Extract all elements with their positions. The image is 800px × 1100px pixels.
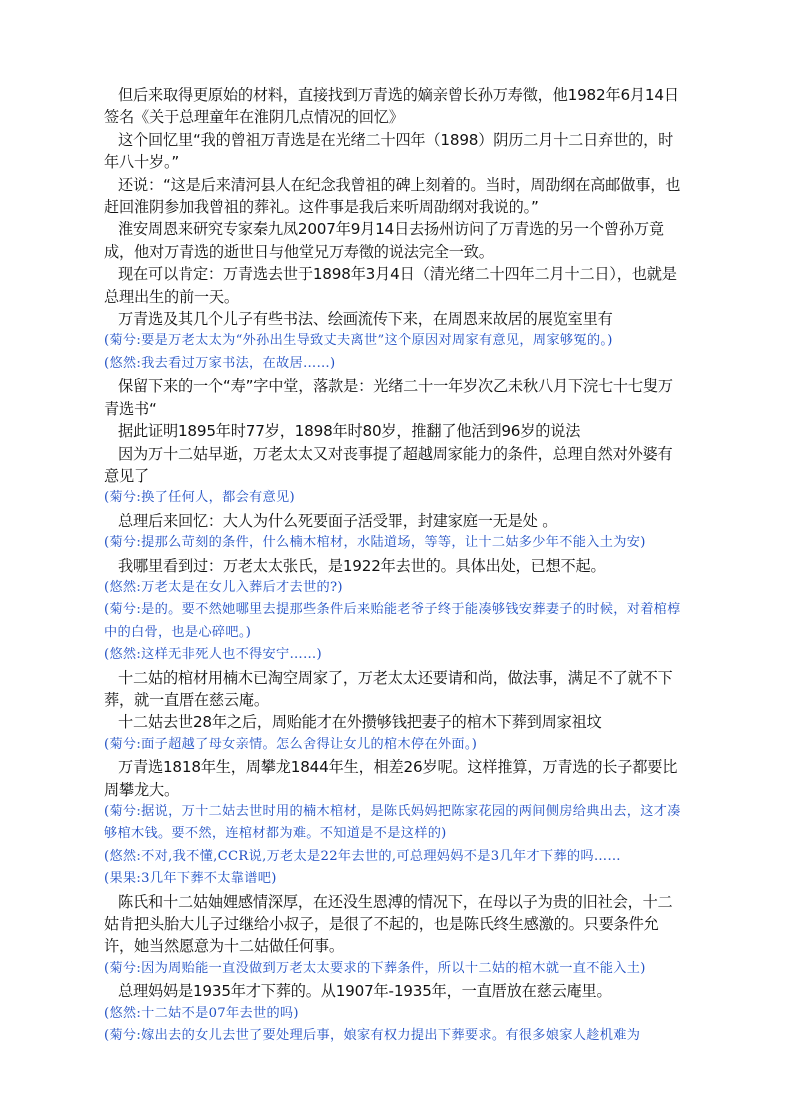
paragraph: 万青选1818年生，周攀龙1844年生，相差26岁呢。这样推算，万青选的长子都要…	[104, 756, 682, 801]
document-page: 但后来取得更原始的材料，直接找到万青选的嫡亲曾长孙万寿徵，他1982年6月14日…	[104, 84, 682, 1047]
paragraph: 这个回忆里“我的曾祖万青选是在光绪二十四年（1898）阴历二月十二日弃世的，时年…	[104, 129, 682, 174]
paragraph: 还说：“这是后来清河县人在纪念我曾祖的碑上刻着的。当时，周劭纲在高邮做事，也赶回…	[104, 174, 682, 219]
reader-comment: (菊兮:提那么苛刻的条件，什么楠木棺材，水陆道场，等等，让十二姑多少年不能入土为…	[104, 532, 682, 554]
paragraph: 因为万十二姑早逝，万老太太又对丧事提了超越周家能力的条件，总理自然对外婆有意见了	[104, 443, 682, 488]
paragraph: 十二姑去世28年之后，周贻能才在外攒够钱把妻子的棺木下葬到周家祖坟	[104, 711, 682, 733]
reader-comment: (菊兮:面子超越了母女亲情。怎么舍得让女儿的棺木停在外面。)	[104, 734, 682, 756]
reader-comment: (悠然:我去看过万家书法，在故居……)	[104, 353, 682, 375]
reader-comment: (悠然:不对,我不懂,CCR说,万老太是22年去世的,可总理妈妈不是3几年才下葬…	[104, 846, 682, 868]
reader-comment: (菊兮:是的。要不然她哪里去提那些条件后来贻能老爷子终于能凑够钱安葬妻子的时候，…	[104, 599, 682, 644]
reader-comment: (菊兮:换了任何人，都会有意见)	[104, 487, 682, 509]
reader-comment: (悠然:十二姑不是07年去世的吗)	[104, 1003, 682, 1025]
reader-comment: (菊兮:要是万老太太为“外孙出生导致丈夫离世”这个原因对周家有意见，周家够冤的。…	[104, 330, 682, 352]
reader-comment: (果果:3几年下葬不太靠谱吧)	[104, 868, 682, 890]
reader-comment: (悠然:这样无非死人也不得安宁……)	[104, 644, 682, 666]
reader-comment: (悠然:万老太是在女儿入葬后才去世的?)	[104, 577, 682, 599]
reader-comment: (菊兮:嫁出去的女儿去世了要处理后事，娘家有权力提出下葬要求。有很多娘家人趁机难…	[104, 1025, 682, 1047]
paragraph: 总理后来回忆：大人为什么死要面子活受罪，封建家庭一无是处 。	[104, 510, 682, 532]
paragraph: 保留下来的一个“寿”字中堂，落款是：光绪二十一年岁次乙未秋八月下浣七十七叟万青选…	[104, 375, 682, 420]
paragraph: 十二姑的棺材用楠木已淘空周家了，万老太太还要请和尚，做法事，满足不了就不下葬，就…	[104, 667, 682, 712]
paragraph: 现在可以肯定：万青选去世于1898年3月4日（清光绪二十四年二月十二日），也就是…	[104, 263, 682, 308]
paragraph: 据此证明1895年时77岁，1898年时80岁，推翻了他活到96岁的说法	[104, 420, 682, 442]
paragraph: 但后来取得更原始的材料，直接找到万青选的嫡亲曾长孙万寿徵，他1982年6月14日…	[104, 84, 682, 129]
paragraph: 陈氏和十二姑妯娌感情深厚，在还没生恩溥的情况下，在母以子为贵的旧社会，十二姑肯把…	[104, 891, 682, 958]
paragraph: 淮安周恩来研究专家秦九凤2007年9月14日去扬州访问了万青选的另一个曾孙万竟成…	[104, 218, 682, 263]
paragraph: 总理妈妈是1935年才下葬的。从1907年-1935年，一直厝放在慈云庵里。	[104, 980, 682, 1002]
paragraph: 我哪里看到过：万老太太张氏，是1922年去世的。具体出处，已想不起。	[104, 555, 682, 577]
paragraph: 万青选及其几个儿子有些书法、绘画流传下来，在周恩来故居的展览室里有	[104, 308, 682, 330]
reader-comment: (菊兮:据说，万十二姑去世时用的楠木棺材，是陈氏妈妈把陈家花园的两间侧房给典出去…	[104, 801, 682, 846]
reader-comment: (菊兮:因为周贻能一直没做到万老太太要求的下葬条件，所以十二姑的棺木就一直不能入…	[104, 958, 682, 980]
